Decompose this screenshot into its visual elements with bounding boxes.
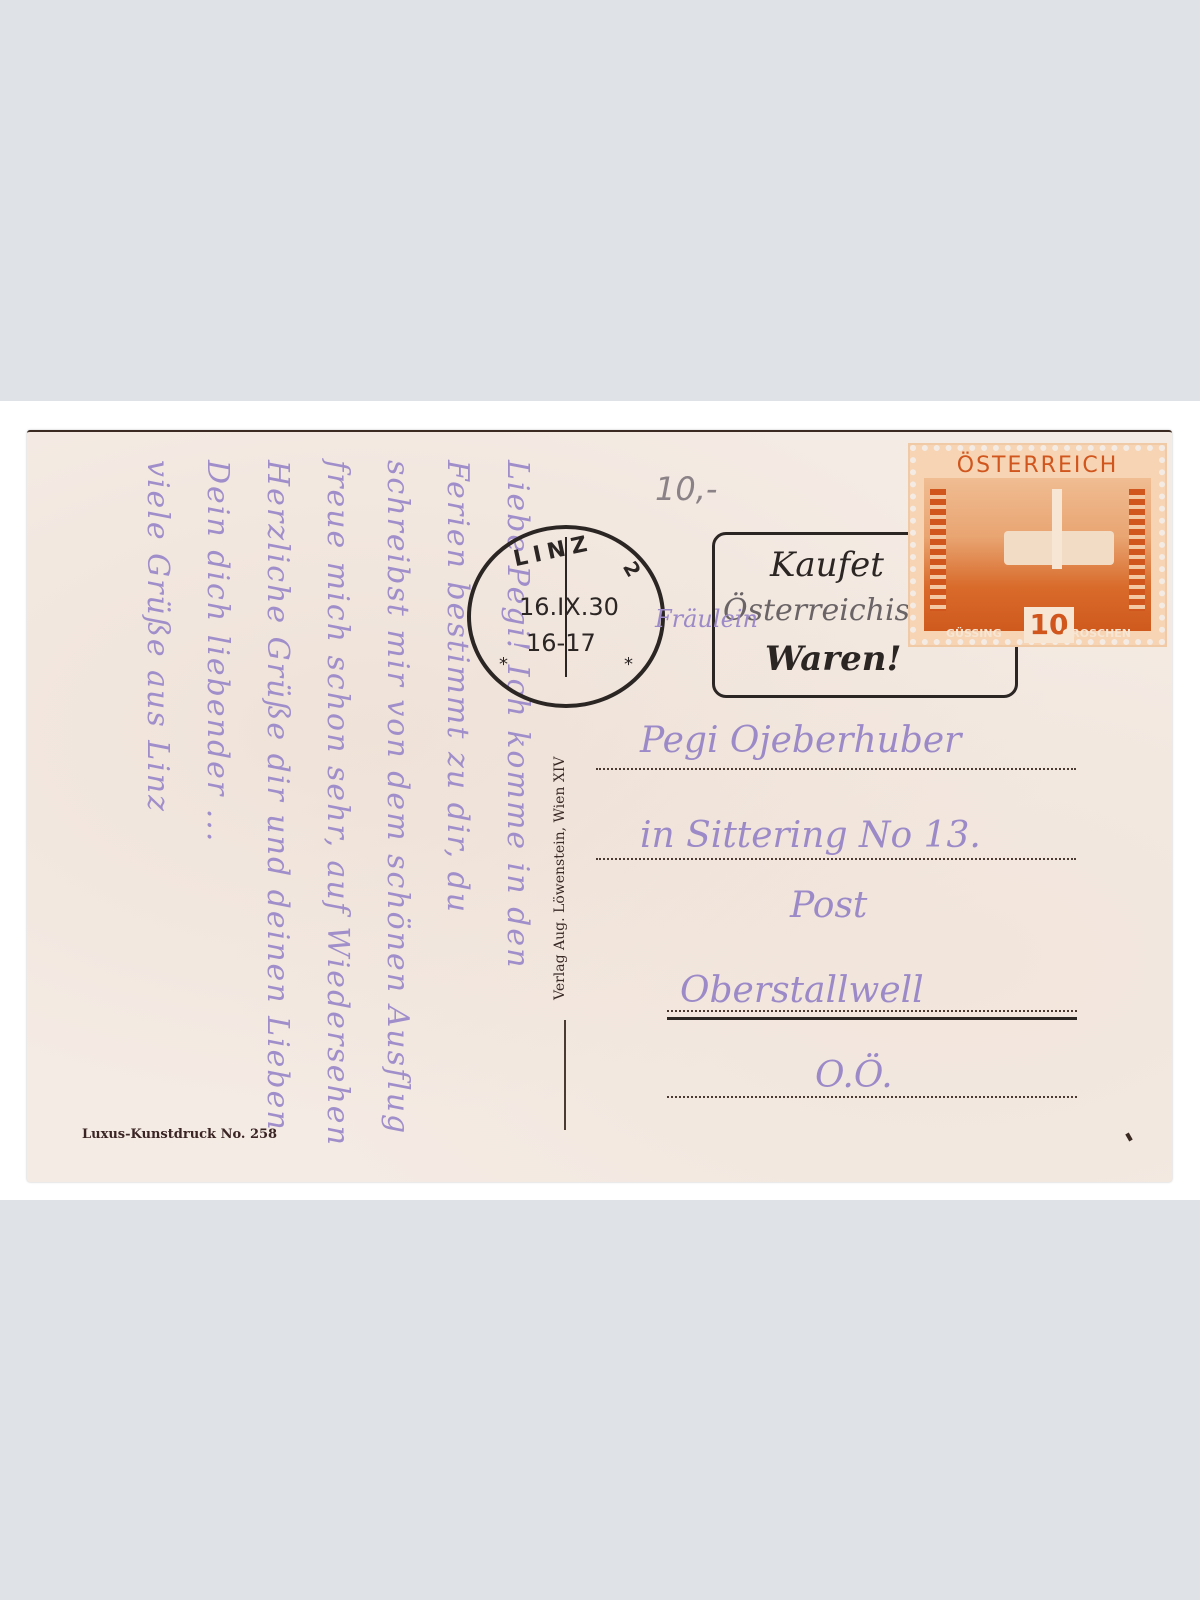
publisher-line: Verlag Aug. Löwenstein, Wien XIV — [552, 756, 568, 1000]
print-imprint: Luxus-Kunstdruck No. 258 — [82, 1127, 277, 1142]
message-line: freue mich schon sehr, auf Wiedersehen — [320, 460, 355, 1147]
postmark-city: LINZ — [511, 531, 595, 572]
address-underline — [667, 1017, 1077, 1020]
address-locality: in Sittering No 13. — [640, 815, 981, 856]
stamp-border — [930, 489, 946, 611]
address-name: Pegi Ojeberhuber — [640, 720, 961, 761]
address-line — [667, 1010, 1077, 1012]
postmark-time: 16-17 — [526, 629, 596, 657]
message-line: Ferien bestimmt zu dir, du — [440, 460, 475, 914]
message-line: schreibst mir von dem schönen Ausflug — [380, 460, 415, 1135]
slogan-line-3: Waren! — [765, 639, 901, 679]
postmark-office: 2 — [618, 557, 646, 581]
stamp-currency: GROSCHEN — [1062, 627, 1131, 640]
stamp-country: ÖSTERREICH — [922, 453, 1153, 478]
address-line — [667, 1096, 1077, 1098]
church-tower-icon — [1052, 489, 1062, 569]
message-line: Herzliche Grüße dir und deinen Lieben — [260, 460, 295, 1132]
center-divider — [564, 1020, 566, 1130]
star-icon: * — [624, 654, 633, 675]
message-line: Dein dich liebender ... — [200, 460, 235, 843]
address-line — [596, 858, 1076, 860]
address-region: O.Ö. — [815, 1055, 893, 1096]
handwritten-message: Liebe Pegi! Ich komme in den Ferien best… — [55, 460, 525, 1090]
postmark: LINZ 2 16.IX.30 16-17 * * — [467, 525, 665, 708]
postmark-date: 16.IX.30 — [519, 593, 619, 621]
stamp-place: GÜSSING — [946, 627, 1002, 640]
message-line: viele Grüße aus Linz — [140, 460, 175, 813]
slogan-line-1: Kaufet — [770, 545, 884, 585]
address-prefix: Fräulein — [655, 605, 758, 633]
address-post-office: Oberstallwell — [680, 970, 924, 1011]
postage-stamp: GÜSSING 10 GROSCHEN ÖSTERREICH — [910, 445, 1165, 645]
address-line — [596, 768, 1076, 770]
star-icon: * — [499, 654, 508, 675]
address-post-label: Post — [790, 885, 867, 926]
stamp-border — [1129, 489, 1145, 611]
price-note: 10,- — [655, 470, 717, 508]
stamp-image: GÜSSING 10 GROSCHEN — [924, 459, 1151, 631]
